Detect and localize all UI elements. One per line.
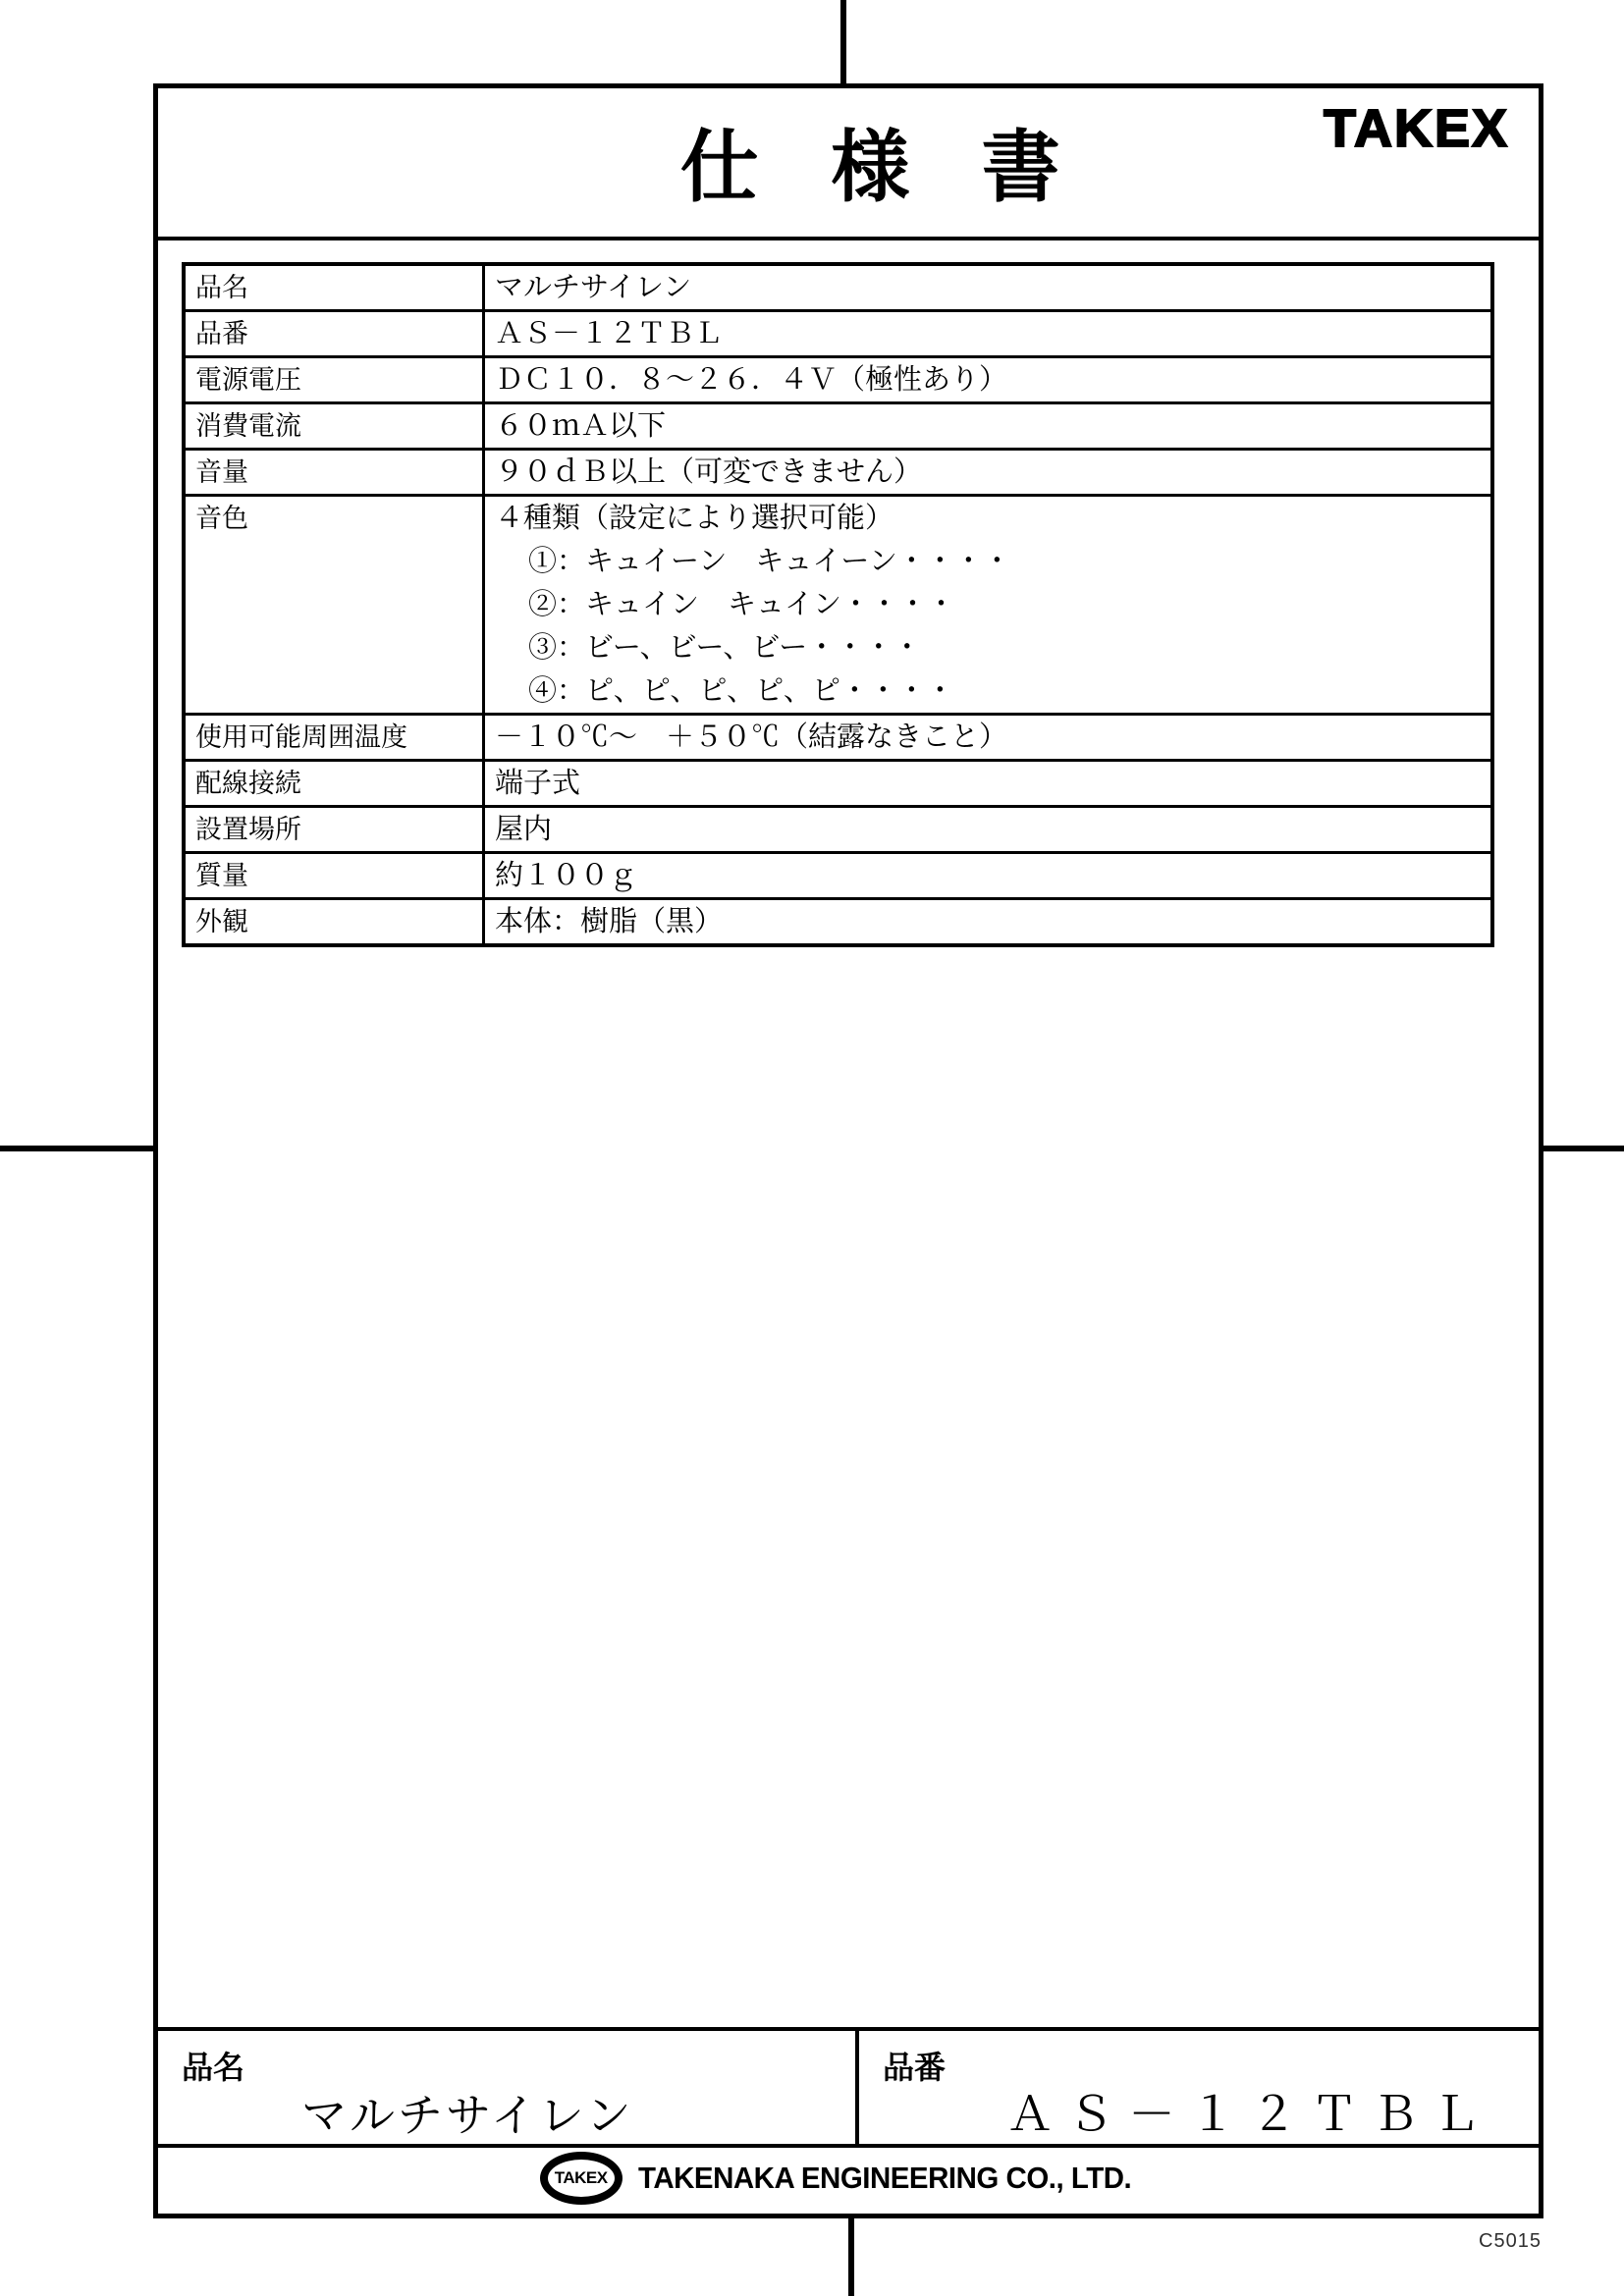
- company-name: TAKENAKA ENGINEERING CO., LTD.: [638, 2161, 1131, 2196]
- spec-value: ４種類（設定により選択可能）①：キュイーン キュイーン・・・・②：キュイン キュ…: [484, 496, 1493, 715]
- company-band: TAKEX TAKENAKA ENGINEERING CO., LTD.: [158, 2143, 1539, 2214]
- spec-table-body: 品名マルチサイレン品番ＡＳ－１２ＴＢＬ電源電圧ＤＣ１０．８～２６．４Ｖ（極性あり…: [184, 264, 1492, 945]
- spec-value-text: ６０ｍＡ以下: [495, 404, 1487, 448]
- spec-value: ９０ｄＢ以上（可変できません）: [484, 450, 1493, 496]
- registration-mark-left: [0, 1146, 153, 1151]
- takex-oval-logo-icon: TAKEX: [540, 2152, 623, 2205]
- spec-row: 消費電流６０ｍＡ以下: [184, 403, 1492, 450]
- spec-sheet-page: 仕 様 書 TAKEX 品名マルチサイレン品番ＡＳ－１２ＴＢＬ電源電圧ＤＣ１０．…: [153, 83, 1543, 2218]
- spec-value: －１０℃～ ＋５０℃（結露なきこと）: [484, 715, 1493, 761]
- spec-value: 屋内: [484, 807, 1493, 853]
- spec-row: 質量約１００ｇ: [184, 853, 1492, 899]
- spec-label: 設置場所: [184, 807, 484, 853]
- footer-number-value: ＡＳ－１２ＴＢＬ: [1006, 2076, 1493, 2144]
- spec-value: 約１００ｇ: [484, 853, 1493, 899]
- spec-label: 音量: [184, 450, 484, 496]
- spec-sound-item: ④：ピ、ピ、ピ、ピ、ピ・・・・: [495, 669, 1487, 713]
- spec-value-text: マルチサイレン: [495, 266, 1487, 309]
- doc-code: C5015: [1479, 2230, 1542, 2253]
- footer-number-label: 品番: [883, 2043, 946, 2088]
- spec-row: 音色４種類（設定により選択可能）①：キュイーン キュイーン・・・・②：キュイン …: [184, 496, 1492, 715]
- spec-value: マルチサイレン: [484, 264, 1493, 311]
- spec-label: 電源電圧: [184, 357, 484, 403]
- spec-value-text: ９０ｄＢ以上（可変できません）: [495, 451, 1487, 494]
- spec-label: 品番: [184, 311, 484, 357]
- spec-table: 品名マルチサイレン品番ＡＳ－１２ＴＢＬ電源電圧ＤＣ１０．８～２６．４Ｖ（極性あり…: [182, 262, 1494, 947]
- spec-row: 品番ＡＳ－１２ＴＢＬ: [184, 311, 1492, 357]
- spec-label: 消費電流: [184, 403, 484, 450]
- spec-label: 音色: [184, 496, 484, 715]
- footer-name-value: マルチサイレン: [301, 2080, 634, 2145]
- footer-number-cell: 品番 ＡＳ－１２ＴＢＬ: [859, 2031, 1539, 2144]
- spec-value-text: 約１００ｇ: [495, 854, 1487, 897]
- spec-value-text: ４種類（設定により選択可能）: [495, 497, 1487, 540]
- spec-row: 設置場所屋内: [184, 807, 1492, 853]
- spec-row: 音量９０ｄＢ以上（可変できません）: [184, 450, 1492, 496]
- spec-sound-item: ③：ビー、ビー、ビー・・・・: [495, 626, 1487, 669]
- takex-logo: TAKEX: [1324, 98, 1509, 159]
- registration-mark-top: [840, 0, 846, 86]
- spec-value-text: －１０℃～ ＋５０℃（結露なきこと）: [495, 716, 1487, 759]
- spec-value-text: 端子式: [495, 762, 1487, 805]
- spec-label: 品名: [184, 264, 484, 311]
- spec-value-text: 屋内: [495, 808, 1487, 851]
- spec-value-text: ＡＳ－１２ＴＢＬ: [495, 312, 1487, 355]
- spec-value: 本体：樹脂（黒）: [484, 899, 1493, 946]
- spec-value: ＤＣ１０．８～２６．４Ｖ（極性あり）: [484, 357, 1493, 403]
- registration-mark-right: [1543, 1146, 1624, 1151]
- spec-sound-item: ②：キュイン キュイン・・・・: [495, 583, 1487, 626]
- spec-label: 外観: [184, 899, 484, 946]
- spec-value: ６０ｍＡ以下: [484, 403, 1493, 450]
- footer-name-cell: 品名 マルチサイレン: [158, 2031, 859, 2144]
- footer-row: 品名 マルチサイレン 品番 ＡＳ－１２ＴＢＬ: [158, 2027, 1539, 2148]
- registration-mark-bottom: [848, 2215, 854, 2296]
- spec-row: 電源電圧ＤＣ１０．８～２６．４Ｖ（極性あり）: [184, 357, 1492, 403]
- title-band: 仕 様 書 TAKEX: [158, 88, 1539, 240]
- spec-row: 配線接続端子式: [184, 761, 1492, 807]
- spec-row: 使用可能周囲温度－１０℃～ ＋５０℃（結露なきこと）: [184, 715, 1492, 761]
- spec-label: 配線接続: [184, 761, 484, 807]
- spec-value-text: 本体：樹脂（黒）: [495, 900, 1487, 943]
- spec-value: 端子式: [484, 761, 1493, 807]
- spec-value-text: ＤＣ１０．８～２６．４Ｖ（極性あり）: [495, 358, 1487, 401]
- spec-label: 使用可能周囲温度: [184, 715, 484, 761]
- spec-row: 外観本体：樹脂（黒）: [184, 899, 1492, 946]
- spec-row: 品名マルチサイレン: [184, 264, 1492, 311]
- spec-sound-item: ①：キュイーン キュイーン・・・・: [495, 540, 1487, 583]
- spec-value: ＡＳ－１２ＴＢＬ: [484, 311, 1493, 357]
- spec-label: 質量: [184, 853, 484, 899]
- footer-name-label: 品名: [182, 2043, 244, 2088]
